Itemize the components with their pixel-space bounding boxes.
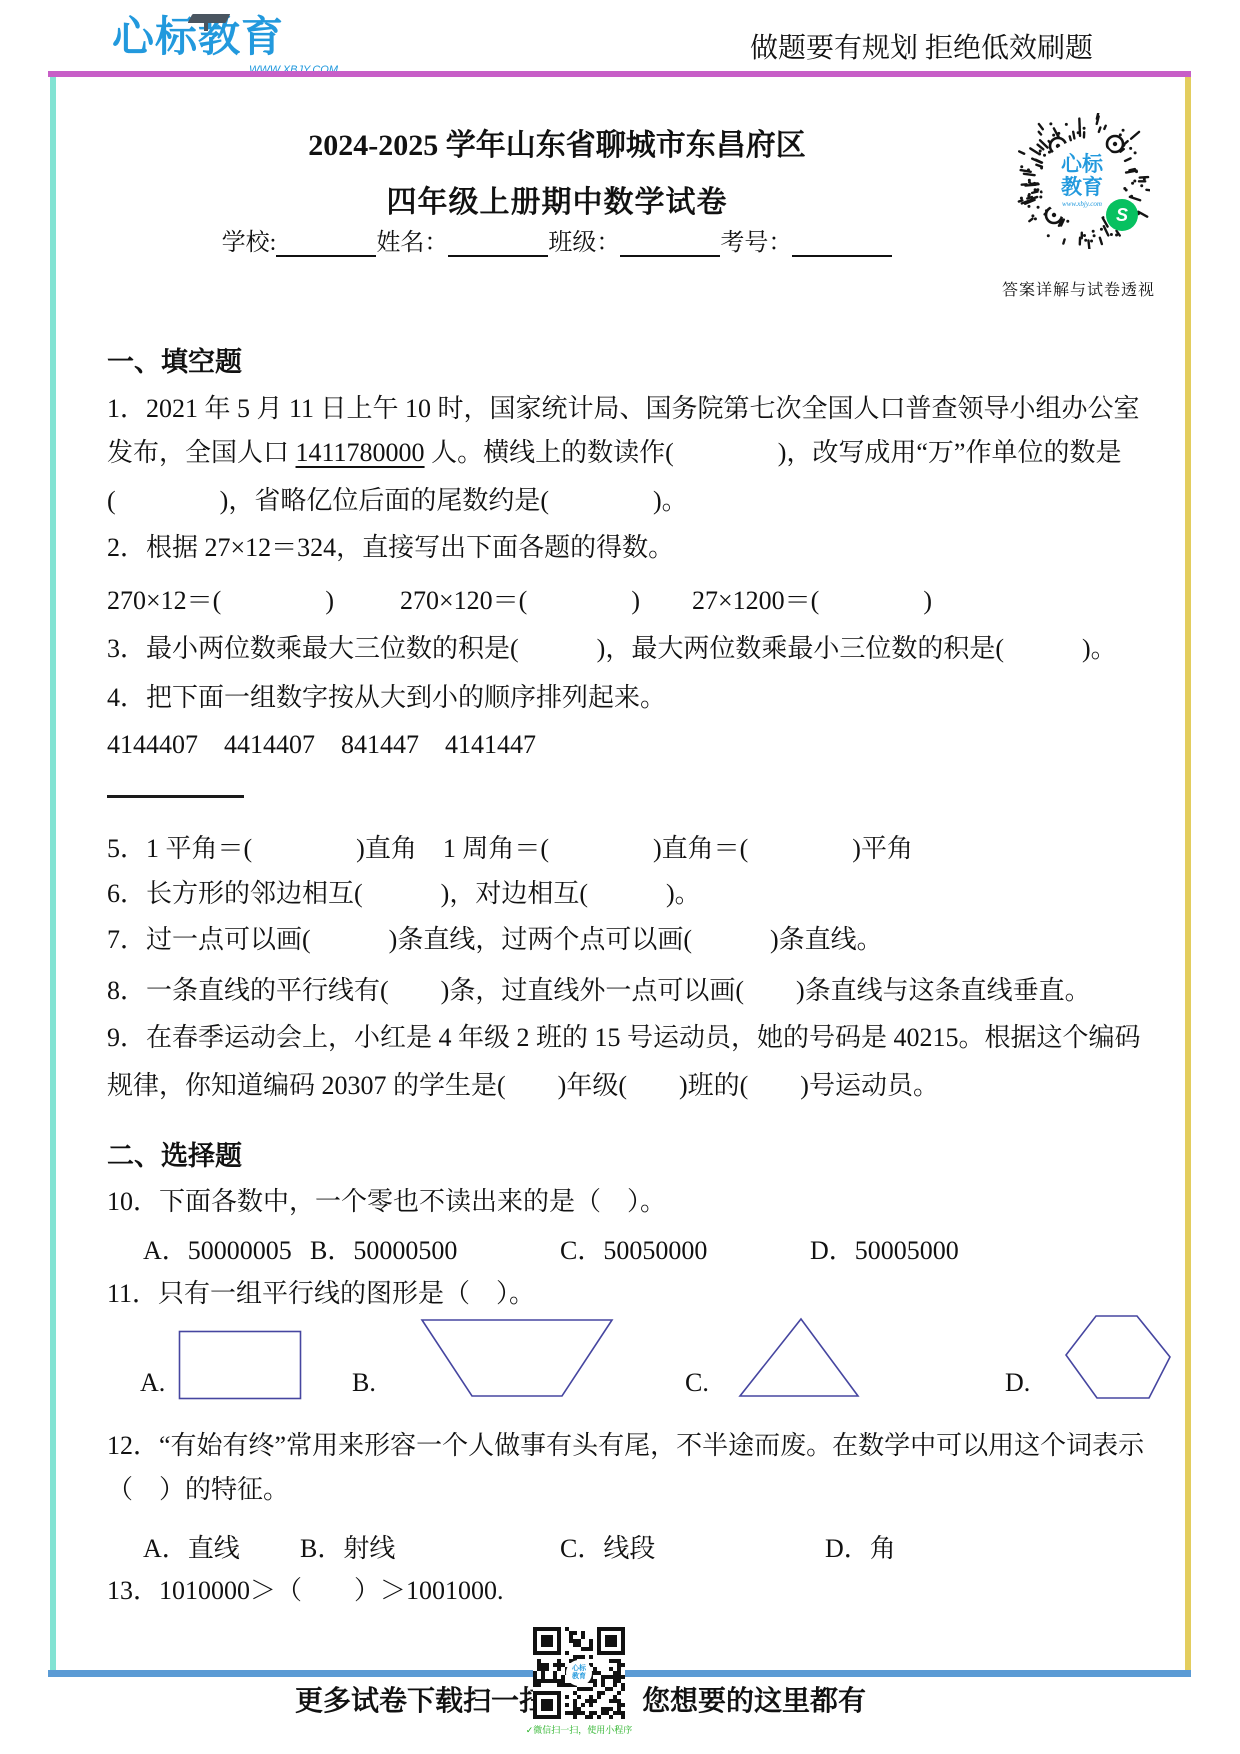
frame-line-right <box>1185 77 1191 1670</box>
q2-calc-1: 270×12＝( ) <box>107 580 334 617</box>
frame-line-top <box>48 71 1191 77</box>
q10-option-d: D．50005000 <box>810 1230 959 1267</box>
answer-qr-caption: 答案详解与试卷透视 <box>1002 277 1155 300</box>
q10-option-c: C．50050000 <box>560 1230 707 1267</box>
section2-heading: 二、选择题 <box>107 1140 242 1174</box>
school-blank <box>276 231 376 257</box>
q9-line1: 9．在春季运动会上，小红是 4 年级 2 班的 15 号运动员，她的号码是 40… <box>107 1022 1141 1055</box>
q2-calc-row: 270×12＝( ) 270×120＝( ) 27×1200＝( ) <box>0 580 1240 616</box>
triangle-shape <box>737 1316 861 1399</box>
class-blank <box>620 231 720 257</box>
q9-line2: 规律，你知道编码 20307 的学生是( )年级( )班的( )号运动员。 <box>107 1070 939 1103</box>
hexagon-shape <box>1062 1314 1174 1401</box>
q1-population-number: 1411780000 <box>296 438 425 467</box>
q4-answer-line <box>107 795 244 798</box>
class-label: 班级： <box>548 230 620 256</box>
logo: 心标教育 WWW.XBJY.COM <box>112 14 332 72</box>
exam-no-label: 考号： <box>720 230 792 256</box>
exam-page: 心标教育 WWW.XBJY.COM 做题要有规划 拒绝低效刷题 2024-202… <box>0 0 1240 1754</box>
q11-label-b: B. <box>352 1368 376 1398</box>
download-qr-logo-line2: 教育 <box>572 1673 586 1681</box>
answer-qr-code: 心标 教育 www.xbjy.com S <box>1014 113 1150 249</box>
download-qr-code: 心标 教育 <box>533 1627 625 1719</box>
q2-stem: 2．根据 27×12＝324，直接写出下面各题的得数。 <box>107 532 674 565</box>
exam-no-blank <box>792 231 892 257</box>
wechat-miniprogram-icon: S <box>1106 199 1138 231</box>
download-qr-logo: 心标 教育 <box>566 1660 592 1686</box>
q10-stem: 10．下面各数中，一个零也不读出来的是（ ）。 <box>107 1186 666 1219</box>
q11-stem: 11．只有一组平行线的图形是（ ）。 <box>107 1278 535 1311</box>
graduation-cap-tassel-icon <box>204 22 208 31</box>
q2-calc-2: 270×120＝( ) <box>400 580 640 617</box>
footer-text-right: 您想要的这里都有 <box>642 1679 866 1719</box>
q5-stem: 5．1 平角＝( )直角 1 周角＝( )直角＝( )平角 <box>107 833 913 866</box>
q12-option-d: D．角 <box>825 1528 896 1565</box>
q12-option-c: C．线段 <box>560 1528 655 1565</box>
qr-logo-line2: 教育 <box>1061 177 1103 199</box>
qr-logo-url: www.xbjy.com <box>1062 200 1102 208</box>
q10-option-a: A．50000005 <box>143 1230 292 1267</box>
rectangle-shape <box>178 1330 303 1401</box>
school-label: 学校: <box>222 230 277 256</box>
q11-label-c: C. <box>685 1368 709 1398</box>
q7-stem: 7．过一点可以画( )条直线，过两个点可以画( )条直线。 <box>107 924 883 957</box>
name-blank <box>448 231 548 257</box>
q11-label-d: D. <box>1005 1368 1030 1398</box>
q8-stem: 8．一条直线的平行线有( )条，过直线外一点可以画( )条直线与这条直线垂直。 <box>107 975 1091 1008</box>
q12-line2: （ ）的特征。 <box>107 1474 289 1507</box>
exam-title-line2: 四年级上册期中数学试卷 <box>107 177 1007 221</box>
q4-stem: 4．把下面一组数字按从大到小的顺序排列起来。 <box>107 682 666 715</box>
q2-calc-3: 27×1200＝( ) <box>692 580 932 617</box>
q4-numbers: 4144407 4414407 841447 4141447 <box>107 729 536 762</box>
download-qr-note-text: 微信扫一扫，使用小程序 <box>533 1725 632 1735</box>
q1-line2: 发布，全国人口 1411780000 人。横线上的数读作( )，改写成用“万”作… <box>107 437 1121 470</box>
name-label: 姓名： <box>376 230 448 256</box>
header-slogan: 做题要有规划 拒绝低效刷题 <box>750 26 1093 66</box>
footer-text-left: 更多试卷下载扫一扫 <box>295 1679 547 1719</box>
q13-stem: 13．1010000＞（ ）＞1001000. <box>107 1575 504 1608</box>
graduation-cap-icon <box>188 14 231 23</box>
q1-line1: 1．2021 年 5 月 11 日上午 10 时，国家统计局、国务院第七次全国人… <box>107 393 1140 426</box>
student-info-row: 学校:姓名：班级：考号： <box>107 222 1007 257</box>
q1-line3: ( )，省略亿位后面的尾数约是( )。 <box>107 485 688 518</box>
q11-label-a: A. <box>140 1368 165 1398</box>
q10-options-row: A．50000005 B．50000500 C．50050000 D．50005… <box>0 1230 1240 1266</box>
download-qr-logo-line1: 心标 <box>572 1665 586 1673</box>
q10-option-b: B．50000500 <box>310 1230 457 1267</box>
q12-line1: 12．“有始有终”常用来形容一个人做事有头有尾，不半途而废。在数学中可以用这个词… <box>107 1430 1144 1463</box>
q1-line2-suffix: 人。横线上的数读作( )，改写成用“万”作单位的数是 <box>425 438 1122 467</box>
q12-option-a: A．直线 <box>143 1528 240 1565</box>
q12-option-b: B．射线 <box>300 1528 395 1565</box>
frame-line-left <box>50 77 56 1670</box>
q3-stem: 3．最小两位数乘最大三位数的积是( )，最大两位数乘最小三位数的积是( )。 <box>107 633 1117 666</box>
section1-heading: 一、填空题 <box>107 346 242 380</box>
q1-line2-prefix: 发布，全国人口 <box>107 438 296 467</box>
q12-options-row: A．直线 B．射线 C．线段 D．角 <box>0 1528 1240 1564</box>
download-qr-note: ✓ 微信扫一扫，使用小程序 <box>512 1723 646 1736</box>
exam-title-line1: 2024-2025 学年山东省聊城市东昌府区 <box>107 120 1007 164</box>
q11-shapes-row: A. B. C. D. <box>0 1310 1240 1410</box>
trapezoid-shape <box>420 1318 614 1399</box>
q6-stem: 6．长方形的邻边相互( )，对边相互( )。 <box>107 878 701 911</box>
qr-logo-line1: 心标 <box>1061 154 1103 176</box>
